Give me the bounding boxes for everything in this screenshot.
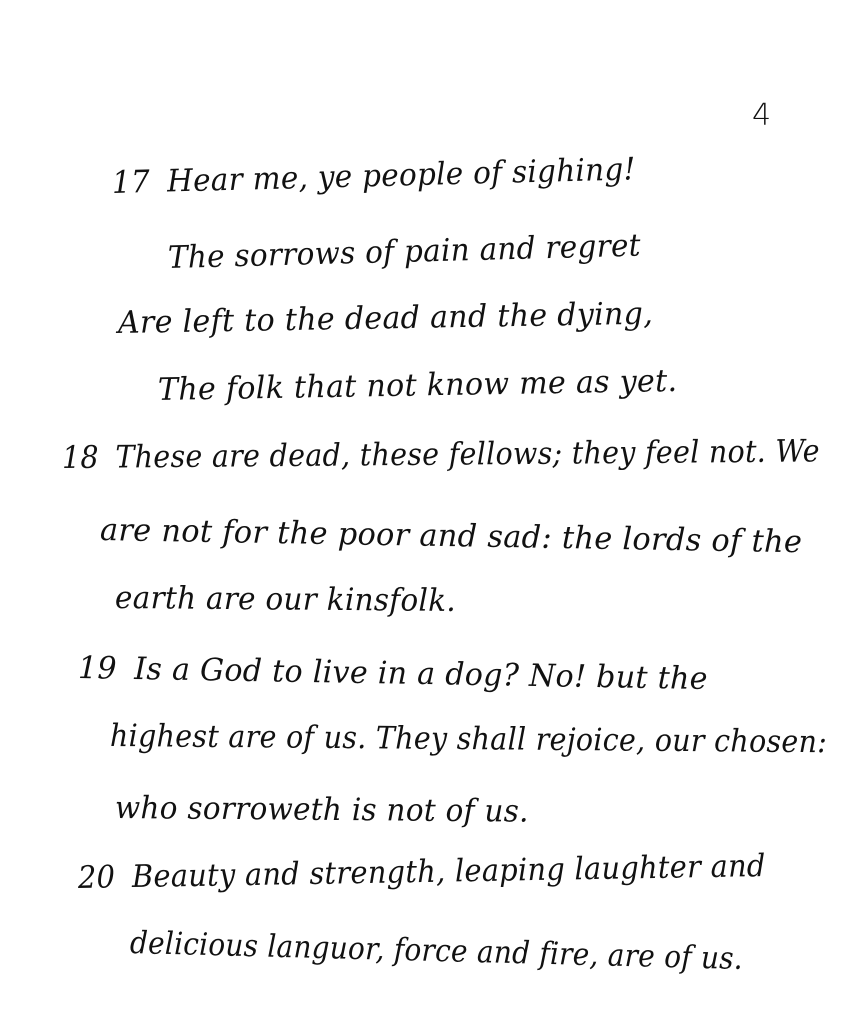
verse-number: 18 <box>62 440 99 476</box>
line-text: earth are our kinsfolk. <box>115 580 456 619</box>
line-text: These are dead, these fellows; they feel… <box>115 433 820 475</box>
manuscript-line: Are left to the dead and the dying, <box>118 296 654 341</box>
verse-number: 19 <box>78 650 117 687</box>
line-text: delicious languor, force and fire, are o… <box>130 925 744 977</box>
manuscript-line: 20Beauty and strength, leaping laughter … <box>78 848 766 896</box>
line-text: highest are of us. They shall rejoice, o… <box>110 718 827 760</box>
page-number: 4 <box>752 98 771 133</box>
manuscript-line: are not for the poor and sad: the lords … <box>100 512 803 560</box>
verse-number: 17 <box>112 164 151 201</box>
line-text: The sorrows of pain and regret <box>168 228 642 276</box>
line-text: The folk that not know me as yet. <box>158 363 678 408</box>
manuscript-line: delicious languor, force and fire, are o… <box>130 925 744 977</box>
manuscript-line: 17Hear me, ye people of sighing! <box>112 151 637 201</box>
line-text: who sorroweth is not of us. <box>115 790 529 830</box>
line-text: Hear me, ye people of sighing! <box>167 151 636 199</box>
line-text: Is a God to live in a dog? No! but the <box>134 651 708 697</box>
manuscript-line: The folk that not know me as yet. <box>158 363 678 408</box>
manuscript-line: earth are our kinsfolk. <box>115 580 456 619</box>
line-text: are not for the poor and sad: the lords … <box>100 512 803 560</box>
manuscript-line: highest are of us. They shall rejoice, o… <box>110 718 827 760</box>
manuscript-line: who sorroweth is not of us. <box>115 790 529 830</box>
manuscript-line: The sorrows of pain and regret <box>168 228 642 276</box>
manuscript-line: 18These are dead, these fellows; they fe… <box>62 433 820 476</box>
manuscript-line: 19Is a God to live in a dog? No! but the <box>78 650 708 697</box>
line-text: Beauty and strength, leaping laughter an… <box>132 848 766 895</box>
verse-number: 20 <box>78 859 116 896</box>
line-text: Are left to the dead and the dying, <box>118 296 654 341</box>
